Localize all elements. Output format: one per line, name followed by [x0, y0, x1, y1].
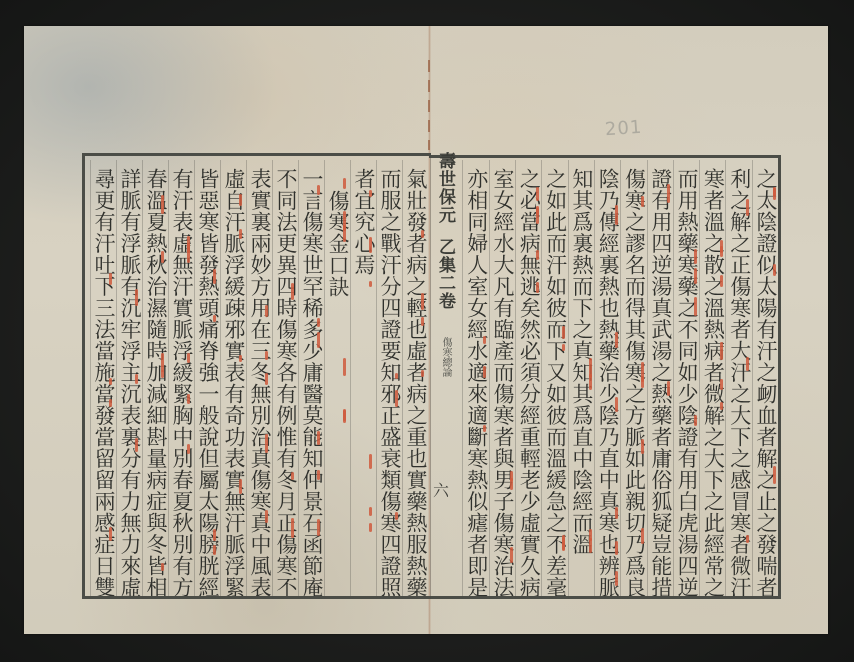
red-punctuation-mark: [720, 275, 723, 287]
text-column: 陰乃傳經裏熱也熱藥治少陰乃直中真寒也辨脈定經識證用藥真: [594, 160, 620, 596]
red-punctuation-mark: [615, 541, 618, 555]
fold-stitch-mark: [428, 60, 430, 150]
red-punctuation-mark: [109, 527, 112, 541]
red-punctuation-mark: [746, 199, 749, 215]
red-punctuation-mark: [641, 196, 644, 207]
red-punctuation-mark: [317, 519, 320, 535]
red-punctuation-mark: [369, 507, 372, 515]
page-number: 六: [433, 478, 449, 501]
red-punctuation-mark: [483, 336, 486, 344]
book-title: 壽世保元: [435, 152, 455, 224]
volume-label: 乙集二卷: [435, 238, 455, 310]
text-column: 而服之戰汗分四證要知邪正盛衰類傷寒四證照常例而治之也學: [376, 160, 402, 596]
text-column: 一言傷寒世罕稀多少庸醫莫能知仲景石函節庵推千金不易傷寒秘方: [298, 160, 324, 596]
red-punctuation-mark: [343, 410, 346, 423]
red-punctuation-mark: [291, 472, 294, 480]
section-heading: 傷寒金口訣: [324, 160, 350, 596]
red-punctuation-mark: [161, 353, 164, 372]
red-punctuation-mark: [265, 434, 268, 453]
red-punctuation-mark: [343, 225, 346, 242]
text-column: 亦相同婦人室女經水適來適斷寒熱似瘧者即是熱入血室但當和: [462, 160, 488, 596]
red-punctuation-mark: [483, 366, 486, 378]
red-punctuation-mark: [421, 317, 424, 326]
red-punctuation-mark: [589, 529, 592, 541]
red-punctuation-mark: [369, 523, 372, 532]
red-punctuation-mark: [213, 315, 216, 322]
red-punctuation-mark: [773, 187, 776, 201]
red-punctuation-mark: [615, 397, 618, 412]
red-punctuation-mark: [213, 529, 216, 542]
red-punctuation-mark: [395, 373, 398, 380]
red-punctuation-mark: [720, 342, 723, 361]
red-punctuation-mark: [773, 264, 776, 275]
red-punctuation-mark: [239, 194, 242, 206]
red-punctuation-mark: [773, 466, 776, 484]
red-punctuation-mark: [720, 379, 723, 390]
red-punctuation-mark: [589, 374, 592, 390]
red-punctuation-mark: [641, 362, 644, 382]
red-punctuation-mark: [421, 230, 424, 238]
red-punctuation-mark: [421, 370, 424, 377]
red-punctuation-mark: [187, 353, 190, 362]
red-punctuation-mark: [109, 273, 112, 285]
text-column: 之必當病無逃矣然必須分經重輕老少虛實久病新發婦人胎產: [515, 160, 541, 596]
text-column: 氣壯發者病之輕也虛者病之重也實藥熱服熱藥凉服中和之劑溫: [402, 160, 428, 596]
red-punctuation-mark: [317, 185, 320, 196]
red-punctuation-mark: [109, 399, 112, 407]
red-punctuation-mark: [135, 374, 138, 383]
banxin-title: 壽世保元乙集二卷: [434, 152, 456, 310]
red-punctuation-mark: [369, 190, 372, 197]
text-column: 者宜究心焉: [350, 160, 376, 596]
red-punctuation-mark: [536, 250, 539, 260]
red-punctuation-mark: [641, 446, 644, 454]
text-column: 之如此而汗如彼而下又如彼而溫緩急之不差毫釐時理中用: [541, 160, 567, 596]
red-punctuation-mark: [694, 297, 697, 316]
red-punctuation-mark: [161, 195, 164, 214]
red-punctuation-mark: [369, 281, 372, 287]
red-punctuation-mark: [395, 512, 398, 520]
red-punctuation-mark: [161, 251, 164, 263]
red-punctuation-mark: [720, 240, 723, 253]
red-punctuation-mark: [510, 547, 513, 563]
red-punctuation-mark: [562, 344, 565, 352]
red-punctuation-mark: [562, 535, 565, 550]
red-punctuation-mark: [187, 444, 190, 454]
text-column: 皆惡寒皆發熱頭痛脊強一般說但屬太陽膀胱經有汗無汗須分別: [194, 160, 220, 596]
text-column: 尋更有汗吐下三法當施當發當留留兩感症日雙傳一日太陽少陰: [90, 160, 116, 596]
red-punctuation-mark: [720, 402, 723, 409]
red-punctuation-mark: [213, 269, 216, 283]
red-punctuation-mark: [746, 535, 749, 542]
red-punctuation-mark: [239, 479, 242, 494]
red-punctuation-mark: [615, 571, 618, 586]
text-column: 之太陰證似太陽有汗之衂血者解之止之發喘者汗之下之咳嗽者: [752, 160, 778, 596]
pencil-page-mark: 201: [604, 117, 643, 141]
right-page-text: 之太陰證似太陽有汗之衂血者解之止之發喘者汗之下之咳嗽者 利之解之正傷寒者大汗之大…: [462, 160, 778, 596]
text-column: 有汗表虛無汗實脈浮緩緊胸中別春夏秋別有方通用九味羌活湯: [168, 160, 194, 596]
red-punctuation-mark: [343, 178, 346, 189]
red-punctuation-mark: [317, 318, 320, 327]
red-punctuation-mark: [161, 563, 164, 571]
text-column: 春溫夏熱秋治濕隨時加減細斟量病症與冬皆相似淺深表裏脈中: [142, 160, 168, 596]
red-punctuation-mark: [562, 326, 565, 340]
red-punctuation-mark: [615, 205, 618, 225]
red-punctuation-mark: [317, 470, 320, 480]
red-punctuation-mark: [369, 454, 372, 469]
red-punctuation-mark: [615, 507, 618, 519]
red-punctuation-mark: [536, 282, 539, 293]
red-punctuation-mark: [694, 249, 697, 264]
red-punctuation-mark: [213, 545, 216, 554]
text-column: 室女經水大凡有臨產而傷寒者與男子傷寒治法不同若無胎產治: [489, 160, 515, 596]
red-punctuation-mark: [510, 471, 513, 482]
red-punctuation-mark: [291, 518, 294, 538]
red-punctuation-mark: [343, 358, 346, 376]
red-punctuation-mark: [615, 332, 618, 349]
red-punctuation-mark: [135, 289, 138, 306]
red-punctuation-mark: [536, 187, 539, 201]
red-punctuation-mark: [187, 236, 190, 253]
red-punctuation-mark: [239, 229, 242, 238]
text-column: 利之解之正傷寒者大汗之大下之感冒寒者微汗之微下之勞力感: [725, 160, 751, 596]
red-punctuation-mark: [483, 425, 486, 432]
red-punctuation-mark: [109, 378, 112, 385]
red-punctuation-mark: [641, 528, 644, 544]
red-punctuation-mark: [265, 351, 268, 361]
text-column: 虛自汗脈浮緩疎邪實表有奇功表實無汗脈浮緊升陽發表自囗隸: [220, 160, 246, 596]
red-punctuation-mark: [694, 268, 697, 284]
text-column: 表實裏兩妙方用在三冬無別治真傷寒真中風表實表虛各自中表: [246, 160, 272, 596]
text-column: 證有用四逆湯真武湯之熱藥者庸俗狐疑豈能措手哉嗚呼能發其: [647, 160, 673, 596]
red-punctuation-mark: [536, 208, 539, 215]
text-column: 不同法更異四時傷寒各有例惟有冬月正傷寒不與春夏秋同治發: [272, 160, 298, 596]
red-punctuation-mark: [135, 444, 138, 452]
red-punctuation-mark: [317, 431, 320, 445]
red-punctuation-mark: [369, 237, 372, 253]
section-label: 傷寒總論: [438, 337, 452, 377]
text-column: 詳脈有浮脈有沉牢浮主沉表裏分有力無力來虛實或濇或下細推: [116, 160, 142, 596]
red-punctuation-mark: [694, 415, 697, 427]
red-punctuation-mark: [317, 332, 320, 348]
text-column: 而用熱藥寒藥之不同如少陰證有用白虎湯四逆散之寒藥者少陰: [673, 160, 699, 596]
red-punctuation-mark: [667, 184, 670, 203]
red-punctuation-mark: [291, 283, 294, 300]
red-punctuation-mark: [421, 293, 424, 310]
red-punctuation-mark: [265, 510, 268, 522]
red-punctuation-mark: [187, 394, 190, 405]
red-punctuation-mark: [265, 305, 268, 317]
red-punctuation-mark: [265, 373, 268, 385]
red-punctuation-mark: [395, 390, 398, 408]
red-punctuation-mark: [746, 357, 749, 371]
red-punctuation-mark: [667, 386, 670, 396]
red-punctuation-mark: [239, 355, 242, 362]
